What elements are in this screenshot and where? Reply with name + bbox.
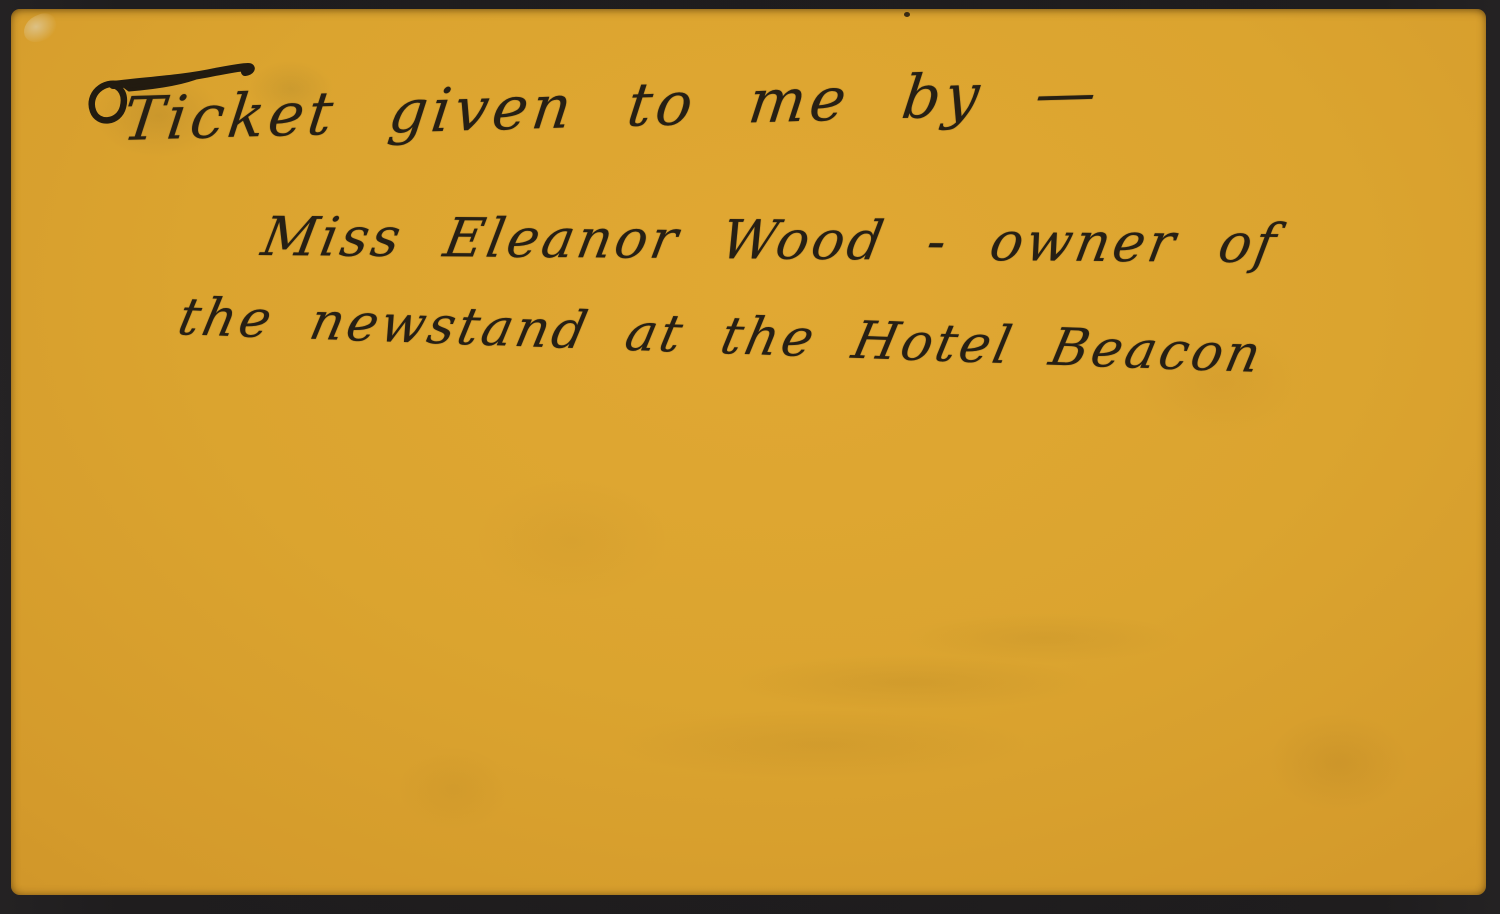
scanner-background: Ticket given to me by — Miss Eleanor Woo… — [0, 0, 1500, 914]
handwritten-line-2: Miss Eleanor Wood - owner of — [257, 205, 1284, 275]
handwritten-line-3: the newstand at the Hotel Beacon — [173, 287, 1269, 384]
ink-speck-top-edge — [904, 12, 910, 17]
note-card: Ticket given to me by — Miss Eleanor Woo… — [11, 9, 1486, 895]
handwritten-line-1: Ticket given to me by — — [119, 57, 1104, 155]
worn-corner-top-left — [20, 10, 61, 46]
